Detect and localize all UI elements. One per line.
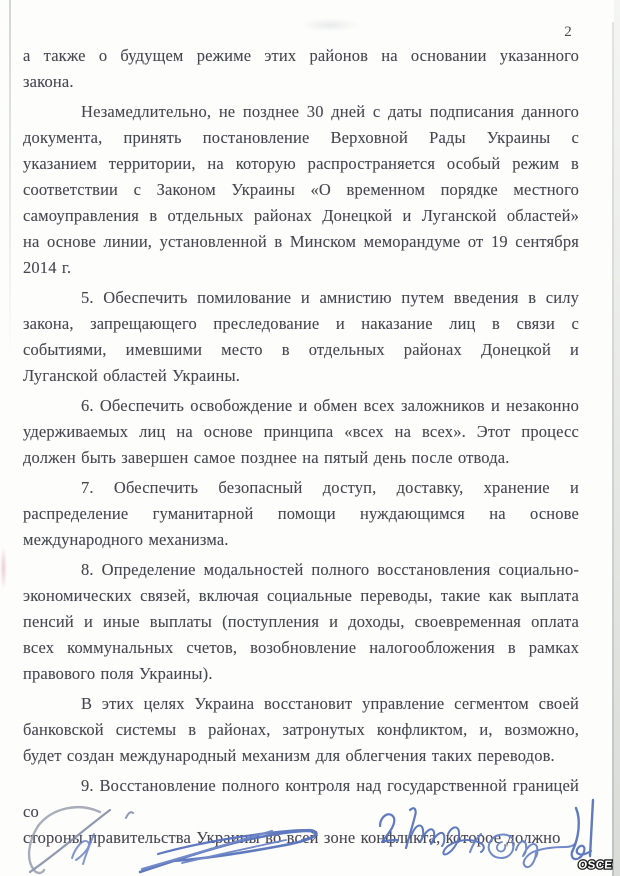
- paragraph: В этих целях Украина восстановит управле…: [23, 691, 579, 769]
- text-line: 6. Обеспечить освобождение и обмен всех …: [23, 393, 579, 419]
- paragraph: 6. Обеспечить освобождение и обмен всех …: [23, 393, 579, 471]
- text-line: пенсий и иные выплаты (поступления и дох…: [23, 609, 579, 635]
- text-line: закона, запрещающего преследование и нак…: [23, 311, 579, 337]
- text-line: удерживаемых лиц на основе принципа «все…: [23, 419, 579, 445]
- text-line: 7. Обеспечить безопасный доступ, доставк…: [23, 475, 579, 501]
- text-line: указанием территории, на которую распрос…: [23, 151, 579, 177]
- paragraph: 5. Обеспечить помилование и амнистию пут…: [23, 285, 579, 389]
- scan-smudge-top: [300, 18, 360, 32]
- page-number: 2: [564, 24, 572, 41]
- text-line: экономических связей, включая социальные…: [23, 583, 579, 609]
- text-line: 8. Определение модальностей полного восс…: [23, 557, 579, 583]
- text-line: будет создан международный механизм для …: [23, 743, 579, 769]
- text-line: 2014 г.: [23, 255, 579, 281]
- text-line: документа, принять постановление Верховн…: [23, 125, 579, 151]
- osce-watermark: OSCE: [577, 855, 619, 873]
- text-line: событиями, имевшими место в отдельных ра…: [23, 337, 579, 363]
- text-line: на основе линии, установленной в Минском…: [23, 229, 579, 255]
- scan-edge-right-shade: [614, 0, 620, 876]
- text-line: 9. Восстановление полного контроля над г…: [23, 773, 579, 825]
- scan-edge-left: [9, 0, 11, 360]
- text-line: 5. Обеспечить помилование и амнистию пут…: [23, 285, 579, 311]
- scan-smudge-pink: [0, 546, 7, 590]
- paragraph: а также о будущем режиме этих районов на…: [23, 43, 579, 95]
- text-line: а также о будущем режиме этих районов на…: [23, 43, 579, 69]
- text-line: самоуправления в отдельных районах Донец…: [23, 203, 579, 229]
- text-line: стороны правительства Украины во всей зо…: [23, 825, 579, 851]
- text-line: распределение гуманитарной помощи нуждаю…: [23, 501, 579, 527]
- text-line: банковской системы в районах, затронутых…: [23, 717, 579, 743]
- paragraph: 9. Восстановление полного контроля над г…: [23, 773, 579, 851]
- text-line: международного механизма.: [23, 527, 579, 553]
- text-line: закона.: [23, 69, 579, 95]
- paragraph: 8. Определение модальностей полного восс…: [23, 557, 579, 687]
- text-line: соответствии с Законом Украины «О времен…: [23, 177, 579, 203]
- scanned-document-page: 2 а также о будущем режиме этих районов …: [0, 0, 620, 876]
- text-line: всех коммунальных счетов, возобновление …: [23, 635, 579, 661]
- paragraph: 7. Обеспечить безопасный доступ, доставк…: [23, 475, 579, 553]
- text-line: правового поля Украины).: [23, 661, 579, 687]
- scan-edge-right-line: [612, 22, 614, 876]
- text-line: Незамедлительно, не позднее 30 дней с да…: [23, 99, 579, 125]
- osce-watermark-text: OSCE: [578, 860, 613, 872]
- paragraph: Незамедлительно, не позднее 30 дней с да…: [23, 99, 579, 281]
- text-line: Луганской областей Украины.: [23, 363, 579, 389]
- text-line: В этих целях Украина восстановит управле…: [23, 691, 579, 717]
- text-line: должен быть завершен самое позднее на пя…: [23, 445, 579, 471]
- document-body: а также о будущем режиме этих районов на…: [23, 43, 579, 855]
